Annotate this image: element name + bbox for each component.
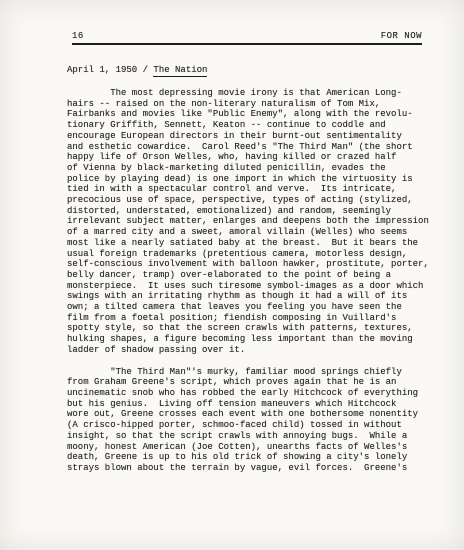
text-line: distorted, understated, emotionalized) a… — [67, 206, 454, 217]
page-header: 16 FOR NOW — [72, 31, 422, 45]
text-line: tied in with a spectacular control and v… — [67, 184, 454, 195]
text-line: own; a tilted camera that leaves you fee… — [67, 302, 454, 313]
text-line: tionary Griffith, Sennett, Keaton -- con… — [67, 120, 454, 131]
text-line: precocious use of space, perspective, ty… — [67, 195, 454, 206]
dateline-date: April 1, 1950 / — [67, 65, 153, 75]
text-line: happy life of Orson Welles, who, having … — [67, 152, 454, 163]
page-number: 16 — [72, 31, 84, 41]
paragraph-1: The most depressing movie irony is that … — [67, 88, 454, 356]
article-body: The most depressing movie irony is that … — [67, 88, 454, 474]
text-line: film from a foetal position; fiendish co… — [67, 313, 454, 324]
text-line: police by playing dead) is one import in… — [67, 174, 454, 185]
text-line: of Vienna by black-marketing diluted pen… — [67, 163, 454, 174]
text-line: and esthetic cowardice. Carol Reed's "Th… — [67, 142, 454, 153]
text-line: monsterpiece. It uses such tiresome symb… — [67, 281, 454, 292]
text-line: hairs -- raised on the non-literary natu… — [67, 99, 454, 110]
text-line: spotty style, so that the screen crawls … — [67, 323, 454, 334]
text-line: usual foreign trademarks (pretentious ca… — [67, 249, 454, 260]
text-line: (A crisco-hipped porter, schmoo-faced ch… — [67, 420, 454, 431]
text-line: from Graham Greene's script, which prove… — [67, 377, 454, 388]
text-line: of a marred city and a sweet, amoral vil… — [67, 227, 454, 238]
text-line: "The Third Man"'s murky, familiar mood s… — [67, 367, 454, 378]
text-line: uncinematic snob who has robbed the earl… — [67, 388, 454, 399]
running-title: FOR NOW — [381, 31, 422, 41]
scanned-document-page: 16 FOR NOW April 1, 1950 / The Nation Th… — [0, 0, 464, 550]
text-line: most like a nearly satiated baby at the … — [67, 238, 454, 249]
text-line: moony, honest American (Joe Cotten), une… — [67, 442, 454, 453]
text-line: Fairbanks and movies like "Public Enemy"… — [67, 109, 454, 120]
paragraph-2: "The Third Man"'s murky, familiar mood s… — [67, 367, 454, 474]
text-line: ladder of shadow passing over it. — [67, 345, 454, 356]
text-line: swings with an irritating rhythm as thou… — [67, 291, 454, 302]
text-line: belly dancer, tramp) over-elaborated to … — [67, 270, 454, 281]
text-line: The most depressing movie irony is that … — [67, 88, 454, 99]
text-line: but his genius. Living off tension maneu… — [67, 399, 454, 410]
text-line: hulking shapes, a figure becoming less i… — [67, 334, 454, 345]
text-line: strays blown about the terrain by vague,… — [67, 463, 454, 474]
text-line: self-conscious involvement with balloon … — [67, 259, 454, 270]
text-line: irrelevant subject matter, enlarges and … — [67, 216, 454, 227]
text-line: wore out, Greene crosses each event with… — [67, 409, 454, 420]
publication-name: The Nation — [153, 65, 207, 77]
text-line: insight, so that the script crawls with … — [67, 431, 454, 442]
text-line: encourage European directors in their bu… — [67, 131, 454, 142]
dateline: April 1, 1950 / The Nation — [67, 65, 207, 75]
text-line: death, Greene is up to his old trick of … — [67, 452, 454, 463]
